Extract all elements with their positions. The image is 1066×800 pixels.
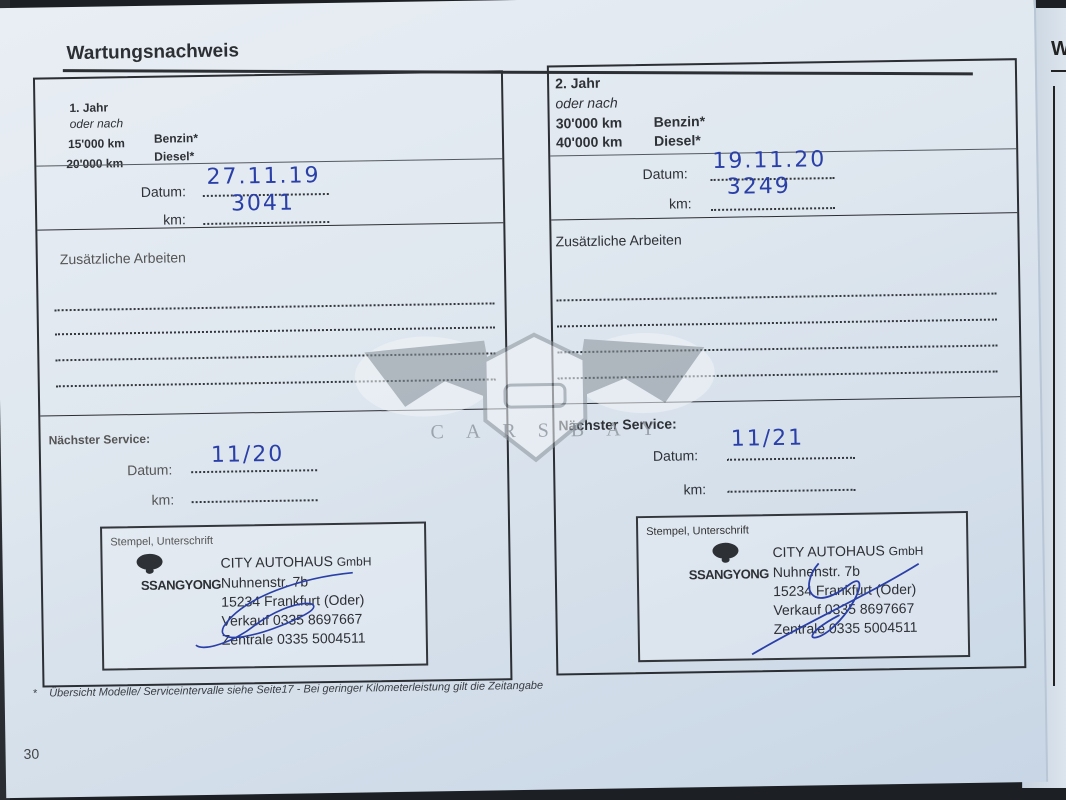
dealer-street: Nuhnenstr. 7b bbox=[221, 573, 308, 590]
service-km-field[interactable] bbox=[231, 189, 361, 216]
or-after-label: oder nach bbox=[70, 116, 124, 131]
or-after-label: oder nach bbox=[555, 94, 618, 111]
dealer-central-phone: Zentrale 0335 5004511 bbox=[774, 619, 918, 637]
dealer-city: 15234 Frankfurt (Oder) bbox=[221, 591, 364, 609]
next-service-date-field[interactable] bbox=[731, 425, 861, 452]
next-date-dotted-line bbox=[727, 457, 855, 461]
service-date-field[interactable] bbox=[712, 147, 842, 174]
dealer-stamp: Stempel, Unterschrift SSANGYONG CITY AUT… bbox=[636, 511, 970, 662]
next-service-date-field[interactable] bbox=[211, 441, 341, 468]
next-date-label: Datum: bbox=[653, 447, 698, 464]
section-divider bbox=[554, 396, 1020, 404]
service-entry-1: 1. Jahr oder nach 15'000 km Benzin* 20'0… bbox=[33, 70, 513, 687]
additional-work-line[interactable] bbox=[557, 319, 997, 328]
next-service-label: Nächster Service: bbox=[49, 432, 151, 448]
section-divider bbox=[551, 212, 1017, 220]
next-service-km-field[interactable] bbox=[731, 465, 861, 492]
service-entry-2: 2. Jahr oder nach 30'000 km Benzin* 40'0… bbox=[547, 58, 1027, 675]
date-label: Datum: bbox=[642, 165, 687, 182]
additional-work-line[interactable] bbox=[557, 293, 997, 302]
additional-work-label: Zusätzliche Arbeiten bbox=[60, 249, 186, 267]
additional-work-line[interactable] bbox=[55, 302, 495, 311]
dealer-address: CITY AUTOHAUS GmbH Nuhnenstr. 7b 15234 F… bbox=[220, 551, 372, 649]
interval-fuel-diesel: Diesel* bbox=[654, 132, 701, 149]
watermark-text: CARSBAY bbox=[430, 418, 677, 445]
interval-fuel-petrol: Benzin* bbox=[654, 113, 706, 130]
next-page-box bbox=[1053, 86, 1066, 686]
stamp-label: Stempel, Unterschrift bbox=[110, 535, 213, 549]
dealer-address: CITY AUTOHAUS GmbH Nuhnenstr. 7b 15234 F… bbox=[772, 541, 924, 639]
footnote-marker: * bbox=[33, 688, 37, 700]
dealer-name: CITY AUTOHAUS bbox=[220, 553, 333, 571]
service-km-field[interactable] bbox=[727, 173, 857, 200]
dealer-sales-phone: Verkauf 0335 8697667 bbox=[221, 611, 362, 629]
ssangyong-logo-icon bbox=[136, 554, 162, 570]
dealer-central-phone: Zentrale 0335 5004511 bbox=[222, 629, 366, 647]
stamp-brand: SSANGYONG bbox=[141, 577, 221, 593]
additional-work-line[interactable] bbox=[55, 326, 495, 335]
dealer-city: 15234 Frankfurt (Oder) bbox=[773, 581, 916, 599]
interval-fuel-diesel: Diesel* bbox=[154, 149, 194, 164]
date-label: Datum: bbox=[141, 183, 186, 200]
stamp-brand: SSANGYONG bbox=[689, 566, 769, 582]
dealer-suffix: GmbH bbox=[889, 544, 924, 559]
next-date-dotted-line bbox=[191, 469, 317, 473]
next-km-label: km: bbox=[683, 481, 706, 497]
next-service-km-field[interactable] bbox=[201, 475, 331, 502]
additional-work-line[interactable] bbox=[557, 345, 997, 354]
interval-km-diesel: 40'000 km bbox=[556, 133, 623, 150]
next-date-label: Datum: bbox=[127, 461, 172, 478]
entry-heading: 1. Jahr bbox=[69, 100, 108, 115]
dealer-suffix: GmbH bbox=[337, 554, 372, 569]
dealer-name: CITY AUTOHAUS bbox=[772, 542, 885, 560]
dealer-street: Nuhnenstr. 7b bbox=[773, 563, 860, 580]
dealer-stamp: Stempel, Unterschrift SSANGYONG CITY AUT… bbox=[100, 522, 428, 671]
page-number: 30 bbox=[23, 746, 39, 762]
additional-work-line[interactable] bbox=[558, 371, 998, 380]
entry-heading: 2. Jahr bbox=[555, 75, 600, 92]
booklet-page: Wartungsnachweis 1. Jahr oder nach 15'00… bbox=[0, 0, 1048, 798]
section-divider bbox=[40, 408, 506, 416]
stamp-label: Stempel, Unterschrift bbox=[646, 524, 749, 538]
service-date-field[interactable] bbox=[206, 163, 336, 190]
ssangyong-logo-icon bbox=[712, 543, 738, 559]
additional-work-label: Zusätzliche Arbeiten bbox=[555, 231, 681, 249]
next-km-label: km: bbox=[151, 491, 174, 507]
next-page-rule bbox=[1051, 70, 1066, 72]
km-label: km: bbox=[669, 195, 692, 211]
dealer-sales-phone: Verkauf 0335 8697667 bbox=[773, 600, 914, 618]
interval-km-petrol: 30'000 km bbox=[556, 114, 623, 131]
page-title: Wartungsnachweis bbox=[66, 40, 239, 65]
km-label: km: bbox=[163, 211, 186, 227]
additional-work-line[interactable] bbox=[55, 352, 495, 361]
interval-km-petrol: 15'000 km bbox=[68, 136, 125, 151]
km-dotted-line bbox=[711, 207, 835, 211]
interval-fuel-petrol: Benzin* bbox=[154, 131, 198, 146]
additional-work-line[interactable] bbox=[56, 378, 496, 387]
next-page-heading: W bbox=[1051, 38, 1066, 61]
